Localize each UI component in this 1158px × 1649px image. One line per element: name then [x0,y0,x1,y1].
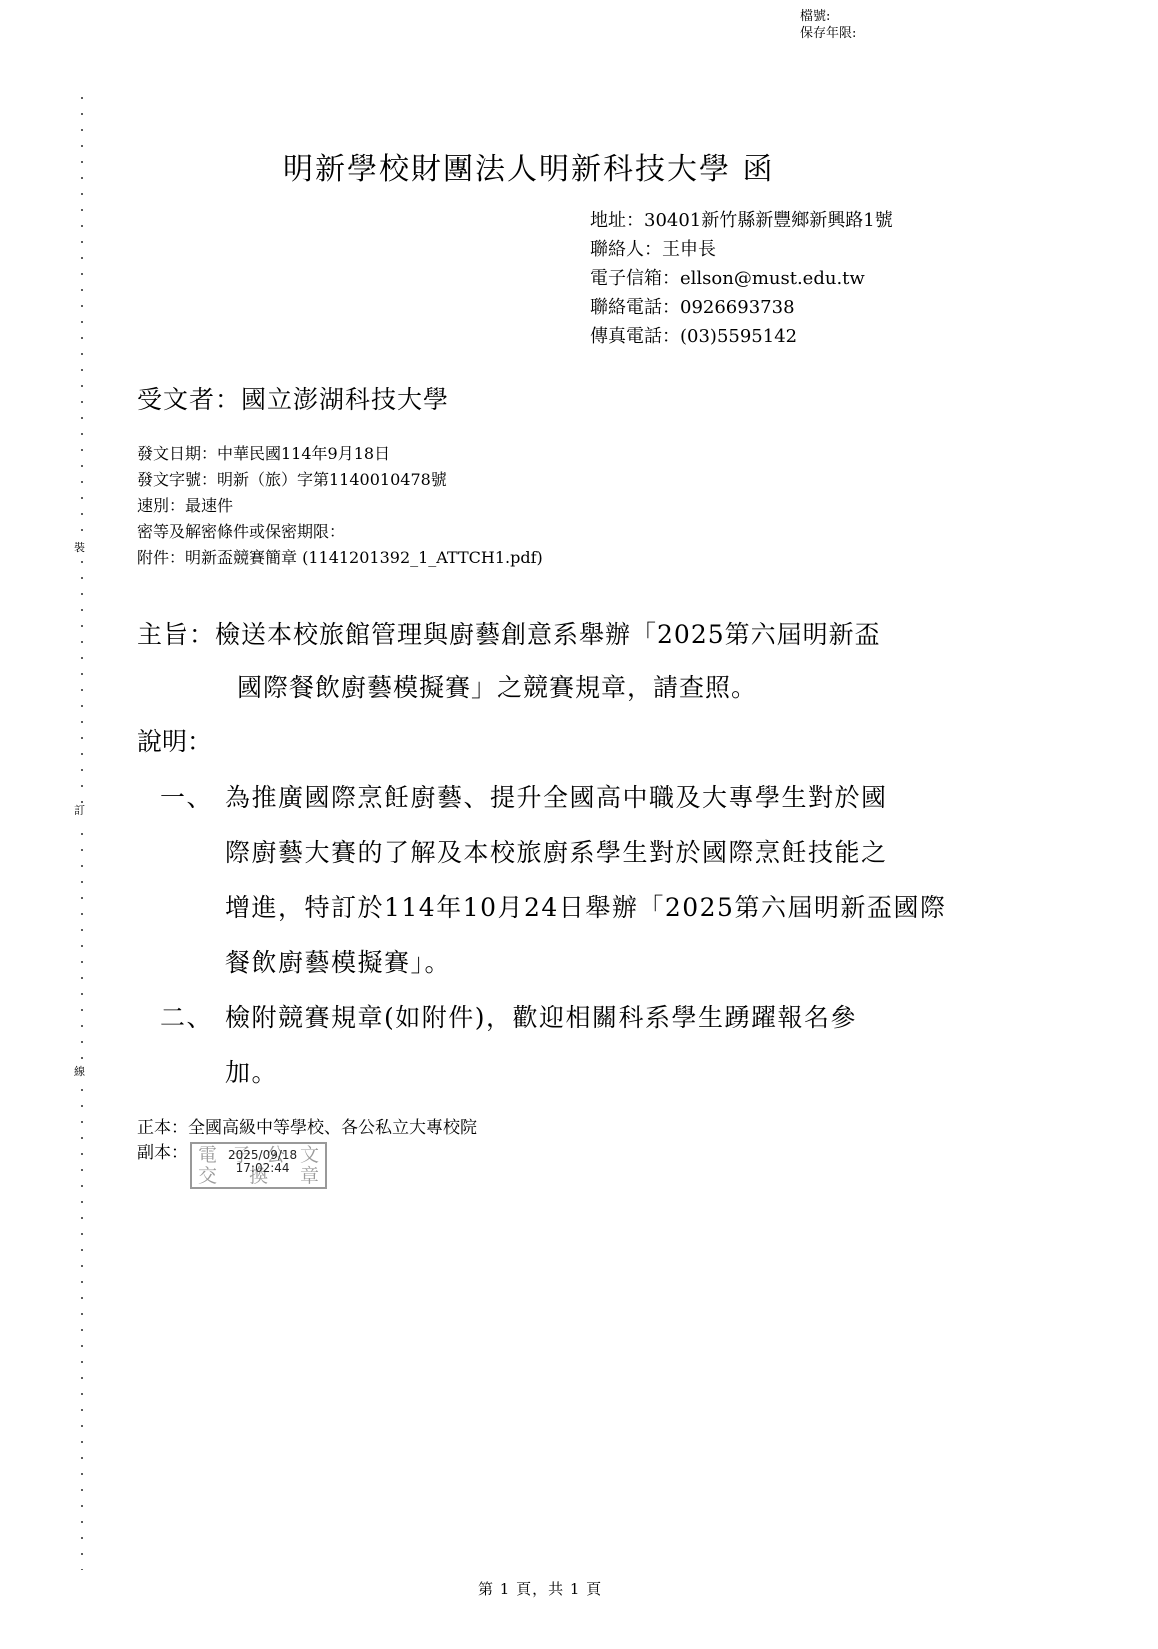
doc-number: 發文字號：明新（旅）字第1140010478號 [137,467,543,493]
document-meta: 發文日期：中華民國114年9月18日 發文字號：明新（旅）字第114001047… [137,441,543,571]
retention-period-label: 保存年限: [800,25,856,42]
item-line: 加。 [160,1045,946,1100]
subject: 主旨：檢送本校旅館管理與廚藝創意系舉辦「2025第六屆明新盃 國際餐飲廚藝模擬賽… [137,608,881,714]
item-line: 檢附競賽規章(如附件)，歡迎相關科系學生踴躍報名參 [225,1003,857,1032]
contact-block: 地址：30401新竹縣新豐鄉新興路1號 聯絡人：王申長 電子信箱：ellson@… [590,206,893,351]
fax: 傳真電話：(03)5595142 [590,322,893,351]
distribution: 正本： 全國高級中等學校、各公私立大專校院 副本： 電 子 公 文 交 換 章 … [137,1116,477,1189]
binding-mark-bind: 裝 [74,540,85,556]
binding-dotted-line [80,90,84,1570]
subject-line-1: 主旨：檢送本校旅館管理與廚藝創意系舉辦「2025第六屆明新盃 [137,608,881,661]
email: 電子信箱：ellson@must.edu.tw [590,264,893,293]
file-number-label: 檔號: [800,8,856,25]
binding-mark-order: 訂 [74,803,85,819]
explanation-items: 一、為推廣國際烹飪廚藝、提升全國高中職及大專學生對於國 際廚藝大賽的了解及本校旅… [160,770,946,1100]
binding-mark-line: 線 [74,1064,85,1080]
copy-label: 副本： [137,1141,188,1166]
explanation-item-2: 二、檢附競賽規章(如附件)，歡迎相關科系學生踴躍報名參 加。 [160,990,946,1100]
phone: 聯絡電話：0926693738 [590,293,893,322]
item-line: 增進，特訂於114年10月24日舉辦「2025第六屆明新盃國際 [160,880,946,935]
recipient: 受文者：國立澎湖科技大學 [137,380,449,416]
archive-info: 檔號: 保存年限: [800,8,856,42]
electronic-document-exchange-stamp: 電 子 公 文 交 換 章 2025/09/18 17:02:44 [190,1142,327,1189]
contact-person: 聯絡人：王申長 [590,235,893,264]
explanation-label: 說明： [137,722,212,758]
original-value: 全國高級中等學校、各公私立大專校院 [188,1116,477,1141]
stamp-timestamp: 2025/09/18 17:02:44 [228,1149,297,1175]
original-label: 正本： [137,1116,188,1141]
page-number: 第 1 頁，共 1 頁 [478,1578,602,1599]
document-title: 明新學校財團法人明新科技大學 函 [283,144,775,188]
attachment-link[interactable]: 附件：明新盃競賽簡章 (1141201392_1_ATTCH1.pdf) [137,545,543,571]
address: 地址：30401新竹縣新豐鄉新興路1號 [590,206,893,235]
item-line: 餐飲廚藝模擬賽」。 [160,935,946,990]
original-recipients: 正本： 全國高級中等學校、各公私立大專校院 [137,1116,477,1141]
explanation-item-1: 一、為推廣國際烹飪廚藝、提升全國高中職及大專學生對於國 際廚藝大賽的了解及本校旅… [160,770,946,990]
issue-date: 發文日期：中華民國114年9月18日 [137,441,543,467]
copy-recipients: 副本： 電 子 公 文 交 換 章 2025/09/18 17:02:44 [137,1141,477,1189]
urgency: 速別：最速件 [137,493,543,519]
item-number: 一、 [160,770,225,825]
item-line: 為推廣國際烹飪廚藝、提升全國高中職及大專學生對於國 [225,783,888,812]
confidentiality: 密等及解密條件或保密期限： [137,519,543,545]
item-number: 二、 [160,990,225,1045]
item-line: 際廚藝大賽的了解及本校旅廚系學生對於國際烹飪技能之 [160,825,946,880]
subject-line-2: 國際餐飲廚藝模擬賽」之競賽規章，請查照。 [137,661,881,714]
stamp-time: 17:02:44 [228,1162,297,1175]
